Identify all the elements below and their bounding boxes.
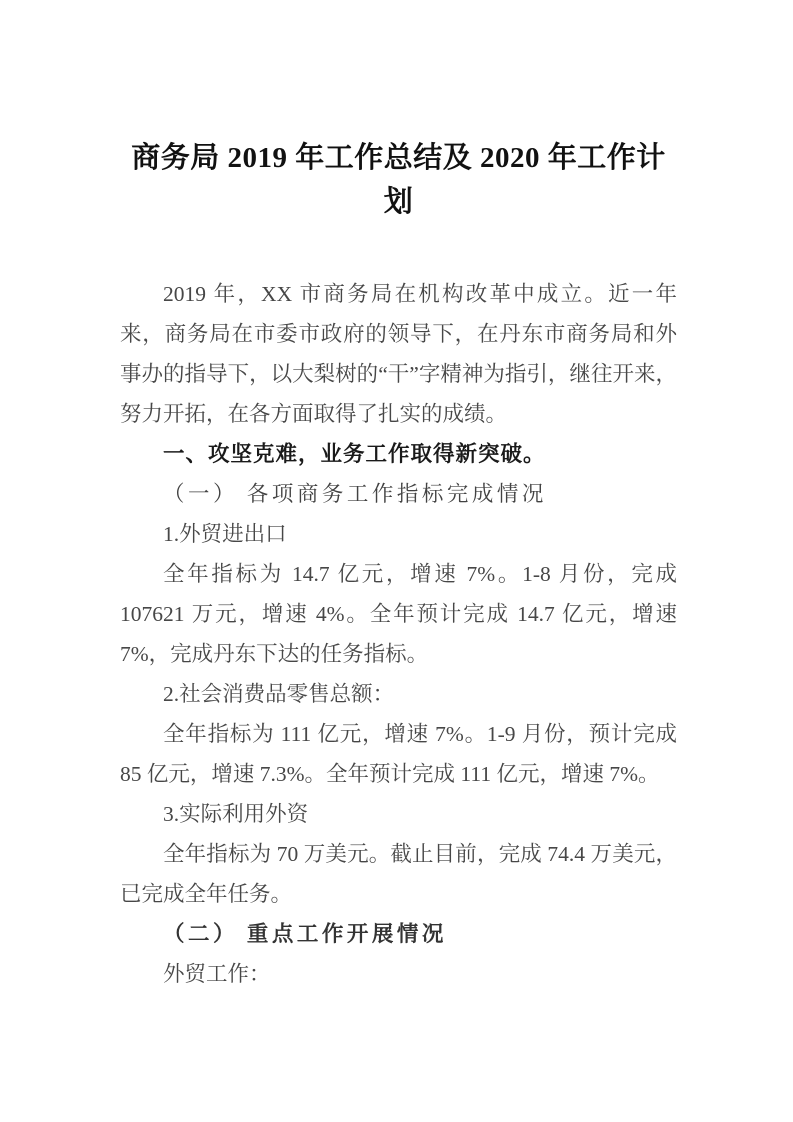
paragraph-foreign-trade: 外贸工作： (120, 954, 677, 994)
paragraph-item-1-detail: 全年指标为 14.7 亿元，增速 7%。1-8 月份，完成 107621 万元，… (120, 554, 677, 674)
paragraph-item-2-title: 2.社会消费品零售总额： (120, 674, 677, 714)
document-title: 商务局 2019 年工作总结及 2020 年工作计划 (120, 136, 677, 224)
document-page: 商务局 2019 年工作总结及 2020 年工作计划 2019 年，XX 市商务… (0, 0, 793, 1122)
paragraph-item-3-detail: 全年指标为 70 万美元。截止目前，完成 74.4 万美元，已完成全年任务。 (120, 834, 677, 914)
paragraph-item-1-title: 1.外贸进出口 (120, 514, 677, 554)
subsection-heading-2: （二） 重点工作开展情况 (120, 914, 677, 954)
paragraph-item-3-title: 3.实际利用外资 (120, 794, 677, 834)
subsection-heading-1: （一） 各项商务工作指标完成情况 (120, 474, 677, 514)
section-heading-1: 一、攻坚克难，业务工作取得新突破。 (120, 434, 677, 474)
paragraph-intro: 2019 年，XX 市商务局在机构改革中成立。近一年来，商务局在市委市政府的领导… (120, 274, 677, 434)
paragraph-item-2-detail: 全年指标为 111 亿元，增速 7%。1-9 月份，预计完成 85 亿元，增速 … (120, 714, 677, 794)
document-content: 商务局 2019 年工作总结及 2020 年工作计划 2019 年，XX 市商务… (120, 136, 677, 994)
